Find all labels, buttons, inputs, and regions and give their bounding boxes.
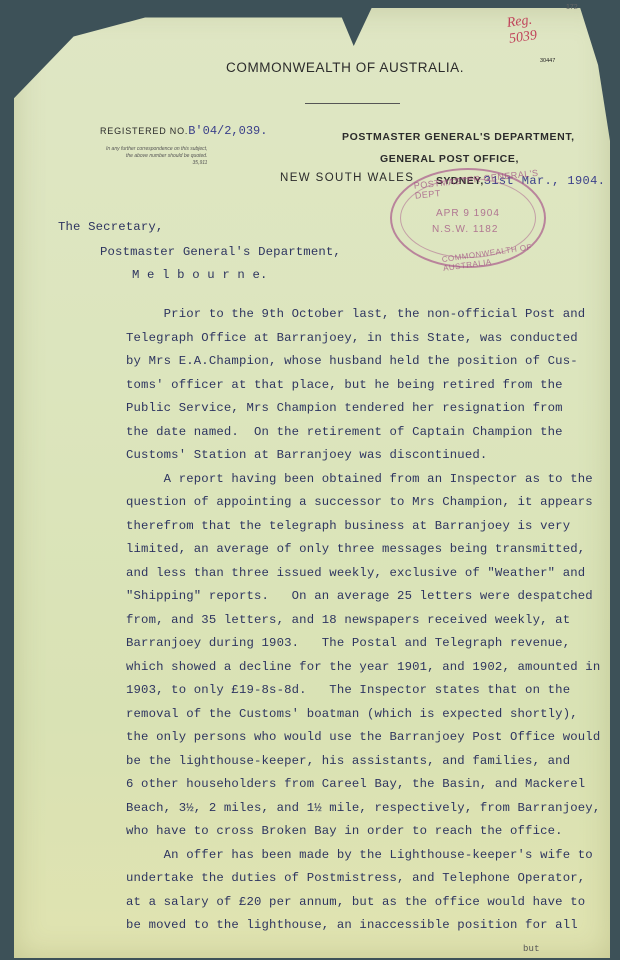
small-code: 30447 — [540, 58, 555, 64]
received-stamp: POSTMASTER GENERAL'S DEPT APR 9 1904 N.S… — [390, 168, 546, 268]
stamp-number: N.S.W. 1182 — [432, 224, 498, 235]
catchword: but — [523, 944, 540, 954]
body-line: question of appointing a successor to Mr… — [126, 495, 593, 509]
fine-print: In any further correspondence on this su… — [106, 146, 207, 167]
office-name: GENERAL POST OFFICE, — [380, 153, 519, 165]
body-line: which showed a decline for the year 1901… — [126, 660, 600, 674]
body-line: by Mrs E.A.Champion, whose husband held … — [126, 354, 578, 368]
stamp-date: APR 9 1904 — [436, 208, 500, 219]
body-line: be moved to the lighthouse, an inaccessi… — [126, 918, 578, 932]
addressee-line1: The Secretary, — [58, 220, 163, 234]
body-line: removal of the Customs' boatman (which i… — [126, 707, 578, 721]
body-line: An offer has been made by the Lighthouse… — [126, 848, 593, 862]
body-line: toms' officer at that place, but he bein… — [126, 378, 563, 392]
body-line: Prior to the 9th October last, the non-o… — [126, 307, 585, 321]
body-line: be the lighthouse-keeper, his assistants… — [126, 754, 570, 768]
body-line: Telegraph Office at Barranjoey, in this … — [126, 331, 578, 345]
body-line: the only persons who would use the Barra… — [126, 730, 600, 744]
handwritten-reference: Reg. 5039 — [506, 12, 538, 48]
registered-label: REGISTERED NO. — [100, 126, 188, 136]
body-line: who have to cross Broken Bay in order to… — [126, 824, 563, 838]
corner-folio-number: 172 — [566, 4, 578, 11]
state-name: NEW SOUTH WALES — [280, 172, 414, 184]
body-line: 1903, to only £19-8s-8d. The Inspector s… — [126, 683, 570, 697]
body-line: limited, an average of only three messag… — [126, 542, 585, 556]
body-line: 6 other householders from Careel Bay, th… — [126, 777, 585, 791]
fine-print-line3: 35,911 — [106, 160, 207, 167]
addressee-line3: M e l b o u r n e. — [132, 268, 268, 282]
body-line: at a salary of £20 per annum, but as the… — [126, 895, 585, 909]
body-line: Customs' Station at Barranjoey was disco… — [126, 448, 487, 462]
letterhead-title: COMMONWEALTH OF AUSTRALIA. — [226, 60, 464, 75]
body-line: Public Service, Mrs Champion tendered he… — [126, 401, 563, 415]
body-line: A report having been obtained from an In… — [126, 472, 593, 486]
body-line: Barranjoey during 1903. The Postal and T… — [126, 636, 570, 650]
body-line: from, and 35 letters, and 18 newspapers … — [126, 613, 570, 627]
body-line: therefrom that the telegraph business at… — [126, 519, 570, 533]
registered-number: B'04/2,039. — [188, 124, 267, 138]
registered-number-line: REGISTERED NO.B'04/2,039. — [100, 124, 267, 138]
body-line: and less than three issued weekly, exclu… — [126, 566, 585, 580]
title-rule-divider — [305, 103, 400, 104]
body-line: Beach, 3½, 2 miles, and 1½ mile, respect… — [126, 801, 600, 815]
fine-print-line1: In any further correspondence on this su… — [106, 146, 207, 153]
body-line: the date named. On the retirement of Cap… — [126, 425, 563, 439]
department-name: POSTMASTER GENERAL'S DEPARTMENT, — [342, 131, 575, 143]
body-line: undertake the duties of Postmistress, an… — [126, 871, 585, 885]
fine-print-line2: the above number should be quoted. — [106, 153, 207, 160]
body-line: "Shipping" reports. On an average 25 let… — [126, 589, 593, 603]
addressee-line2: Postmaster General's Department, — [100, 245, 341, 259]
